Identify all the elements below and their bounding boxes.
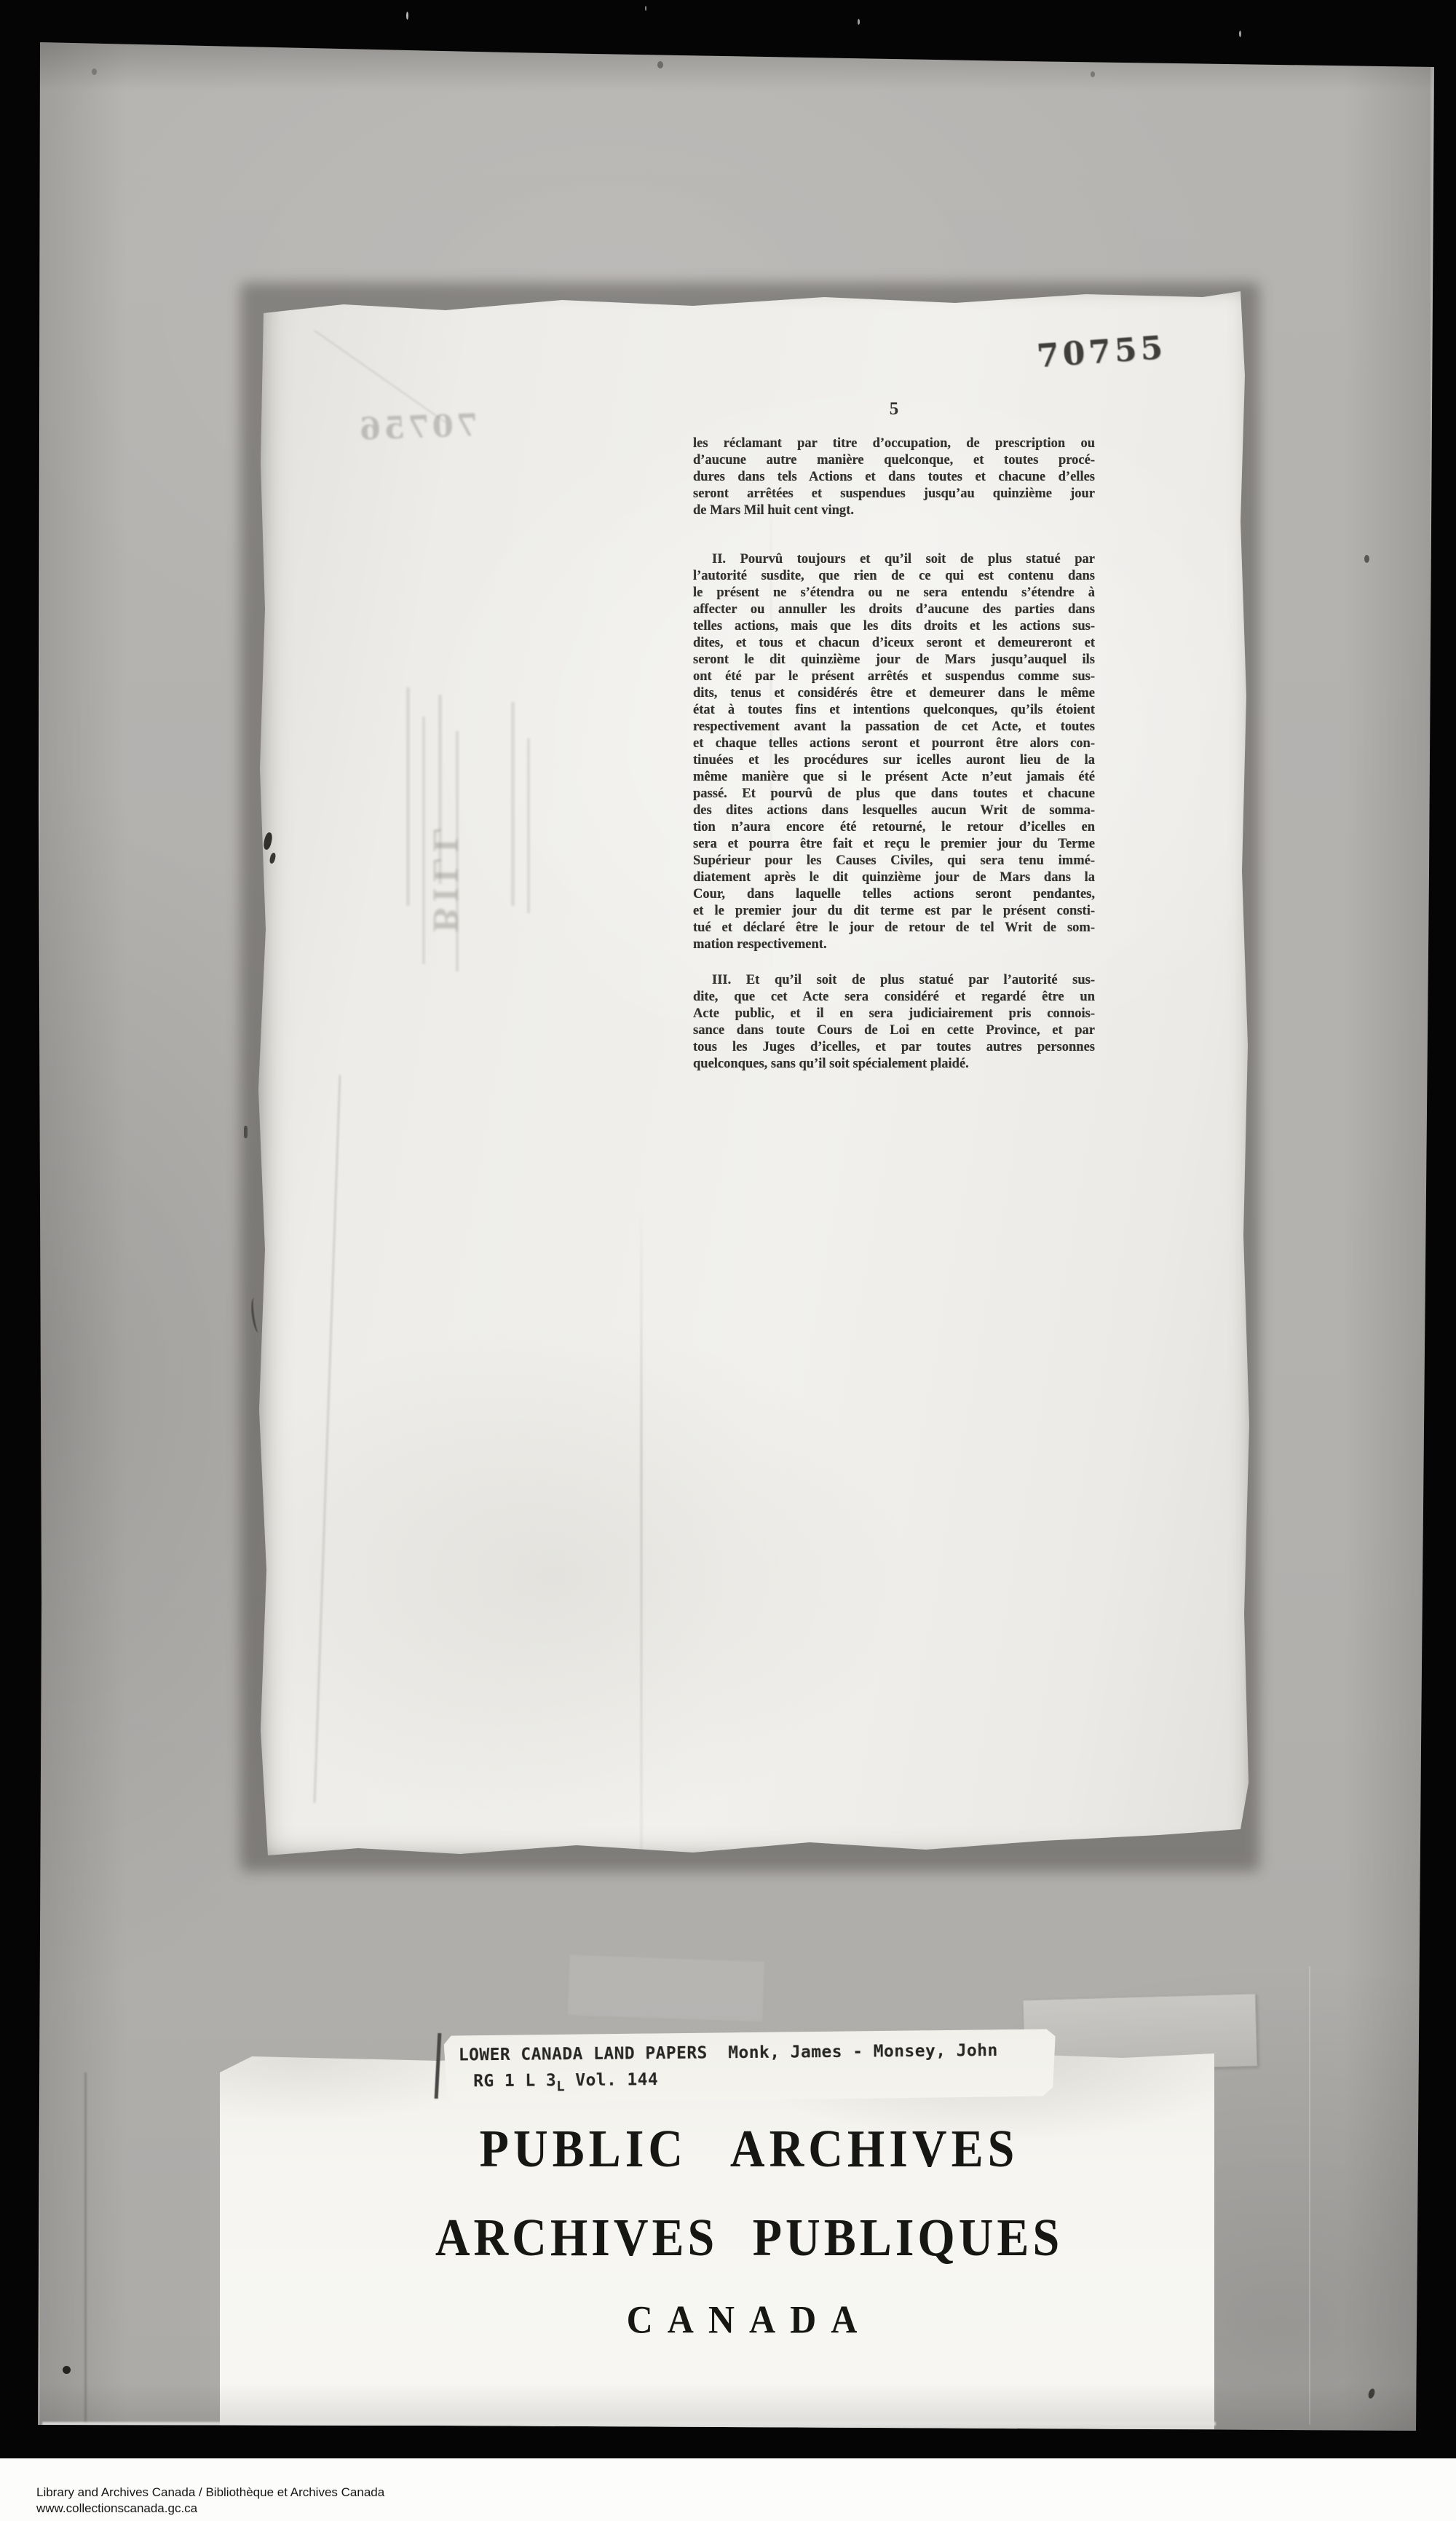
tape-residue	[567, 1954, 766, 2022]
text-line: ont été par le présent arrêtés et suspen…	[693, 668, 1095, 685]
text-line: II. Pourvû toujours et qu’il soit de plu…	[693, 551, 1095, 568]
text-line: respectivement avant la passation de cet…	[693, 719, 1095, 735]
text-line: Acte public, et il en sera judiciairemen…	[693, 1006, 1095, 1022]
ink-speck	[1364, 555, 1369, 563]
page-number: 5	[693, 399, 1095, 419]
archives-title-canada: CANADA	[284, 2297, 1214, 2343]
text-line: d’aucune autre manière quelconque, et to…	[693, 452, 1095, 469]
text-line: diatement après le dit quinzième jour de…	[693, 869, 1095, 886]
ink-speck	[92, 68, 97, 75]
footer-attribution: Library and Archives Canada / Bibliothèq…	[36, 2485, 384, 2517]
text-line: sance dans toute Cours de Loi en cette P…	[693, 1022, 1095, 1039]
text-line: dures dans tels Actions et dans toutes e…	[693, 469, 1095, 486]
archives-title-french: ARCHIVES PUBLIQUES	[284, 2208, 1214, 2269]
text-line: quelconques, sans qu’il soit spécialemen…	[693, 1056, 1095, 1073]
paper-edge-glint	[42, 2422, 1216, 2426]
public-archives-card: PUBLIC ARCHIVES ARCHIVES PUBLIQUES CANAD…	[220, 2052, 1214, 2429]
text-line: affecter ou annuller les droits d’aucune…	[693, 601, 1095, 618]
paragraph: II. Pourvû toujours et qu’il soit de plu…	[693, 551, 1095, 953]
paragraph: les réclamant par titre d’occupation, de…	[693, 435, 1095, 519]
left-edge-shading	[40, 42, 127, 2426]
ink-speck	[244, 1126, 248, 1138]
text-line: telles actions, mais que les dits droits…	[693, 618, 1095, 635]
typed-reference-label: LOWER CANADA LAND PAPERS Monk, James - M…	[444, 2029, 1056, 2104]
ink-speck	[657, 61, 663, 68]
text-line: seront le dit quinzième jour de Mars jus…	[693, 652, 1095, 668]
bleedthrough-text-block	[402, 673, 540, 1001]
text-line: III. Et qu’il soit de plus statué par l’…	[693, 972, 1095, 989]
text-line: Supérieur pour les Causes Civiles, qui s…	[693, 853, 1095, 869]
text-line: dites, et tous et chacun d’iceux seront …	[693, 635, 1095, 652]
fold-crease	[314, 1075, 341, 1802]
right-edge-shading	[1343, 66, 1431, 2431]
film-fleck	[858, 19, 860, 25]
text-line: les réclamant par titre d’occupation, de…	[693, 435, 1095, 452]
microfilm-scan-frame: 70756 BILL 70755 5 les réclamant par tit…	[0, 0, 1456, 2521]
footer-attribution-line: Library and Archives Canada / Bibliothèq…	[36, 2485, 384, 2501]
fold-crease	[641, 1202, 642, 1854]
text-line: Cour, dans laquelle telles actions seron…	[693, 886, 1095, 903]
film-fleck	[406, 12, 408, 20]
reference-label-line2: RG 1 L 3L Vol. 144	[473, 2070, 658, 2095]
public-archives-card-text: PUBLIC ARCHIVES ARCHIVES PUBLIQUES CANAD…	[220, 2122, 1214, 2340]
text-line: sera et pourra être fait et reçu le prem…	[693, 836, 1095, 853]
film-fleck	[1239, 31, 1241, 37]
text-line: et chaque telles actions seront et pourr…	[693, 735, 1095, 752]
text-line: et le premier jour du dit terme est par …	[693, 903, 1095, 920]
archives-title-english: PUBLIC ARCHIVES	[284, 2119, 1214, 2180]
film-fleck	[645, 6, 646, 11]
scanned-background: 70756 BILL 70755 5 les réclamant par tit…	[0, 0, 1456, 2521]
footer-url: www.collectionscanada.gc.ca	[36, 2501, 384, 2517]
text-line: de Mars Mil huit cent vingt.	[693, 502, 1095, 519]
text-line: l’autorité susdite, que rien de ce qui e…	[693, 568, 1095, 585]
text-line: des dites actions dans lesquelles aucun …	[693, 802, 1095, 819]
text-line: dite, que cet Acte sera considéré et reg…	[693, 989, 1095, 1006]
text-line: même manière que si le présent Acte n’eu…	[693, 769, 1095, 786]
ink-speck	[63, 2366, 71, 2374]
text-line: mation respectivement.	[693, 936, 1095, 953]
ink-speck	[1367, 2388, 1376, 2399]
text-line: dits, tenus et considérés être et demeur…	[693, 685, 1095, 702]
text-line: tion n’aura encore été retourné, le reto…	[693, 819, 1095, 836]
text-line: tinuées et les procédures sur icelles au…	[693, 752, 1095, 769]
printed-text-block: les réclamant par titre d’occupation, de…	[693, 435, 1095, 1073]
text-line: état à toutes fins et intentions quelcon…	[693, 702, 1095, 719]
bleedthrough-bill-title: BILL	[425, 772, 467, 932]
text-line: seront arrêtées et suspendues jusqu’au q…	[693, 486, 1095, 502]
text-line: passé. Et pourvû de plus que dans toutes…	[693, 786, 1095, 802]
paragraph: III. Et qu’il soit de plus statué par l’…	[693, 972, 1095, 1073]
fold-crease	[314, 330, 446, 423]
bleedthrough-stamp-number: 70756	[356, 407, 478, 447]
crease-line	[84, 2072, 87, 2426]
text-line: le présent ne s’étendra ou ne sera enten…	[693, 585, 1095, 601]
reference-label-line1: LOWER CANADA LAND PAPERS Monk, James - M…	[459, 2041, 998, 2064]
document-page: 70756 BILL 70755 5 les réclamant par tit…	[256, 288, 1251, 1860]
text-line: tous les Juges d’icelles, et par toutes …	[693, 1039, 1095, 1056]
text-line: tué et déclaré être le jour de retour de…	[693, 920, 1095, 936]
archive-stamp-number: 70755	[1035, 329, 1167, 375]
footer-strip: Library and Archives Canada / Bibliothèq…	[0, 2458, 1456, 2521]
ink-speck	[1091, 71, 1095, 77]
film-scratch	[1309, 1966, 1310, 2425]
